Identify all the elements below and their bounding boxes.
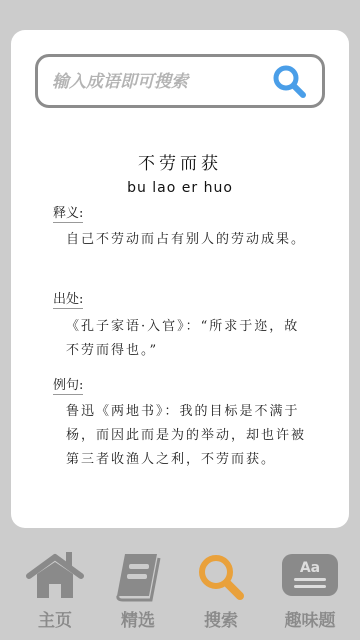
nav-item-featured[interactable]: 精选 [93, 548, 183, 640]
nav-label-featured: 精选 [93, 606, 183, 631]
nav-item-home[interactable]: 主页 [10, 548, 100, 640]
nav-label-home: 主页 [10, 606, 100, 631]
example-text: 鲁迅《两地书》：我的目标是不满于杨，而因此而是为的举动，却也许被第三者收渔人之利… [66, 400, 306, 472]
idiom-pinyin: bu lao er huo [11, 180, 349, 196]
search-icon [196, 552, 246, 602]
search-button[interactable] [272, 64, 308, 100]
example-label: 例句: [53, 378, 83, 395]
svg-text:Aa: Aa [300, 560, 320, 576]
idiom-title: 不劳而获 [11, 149, 349, 174]
home-icon [25, 552, 85, 602]
meaning-text: 自己不劳动而占有别人的劳动成果。 [66, 228, 306, 252]
nav-item-quiz[interactable]: Aa 趣味题 [265, 548, 355, 640]
search-icon [272, 64, 308, 100]
nav-item-search[interactable]: 搜索 [176, 548, 266, 640]
quiz-icon: Aa [282, 552, 338, 598]
source-text: 《孔子家语·入官》：“所求于迩，故不劳而得也。” [66, 315, 306, 363]
book-icon [113, 552, 163, 602]
nav-label-quiz: 趣味题 [265, 606, 355, 631]
nav-label-search: 搜索 [176, 606, 266, 631]
meaning-label: 释义: [53, 206, 83, 223]
idiom-card: 不劳而获 bu lao er huo 释义: 自己不劳动而占有别人的劳动成果。 … [11, 30, 349, 528]
search-box[interactable] [35, 54, 325, 108]
source-label: 出处: [53, 292, 83, 309]
search-input[interactable] [50, 57, 274, 107]
bottom-nav: 主页 精选 搜索 Aa 趣味题 [0, 548, 360, 640]
